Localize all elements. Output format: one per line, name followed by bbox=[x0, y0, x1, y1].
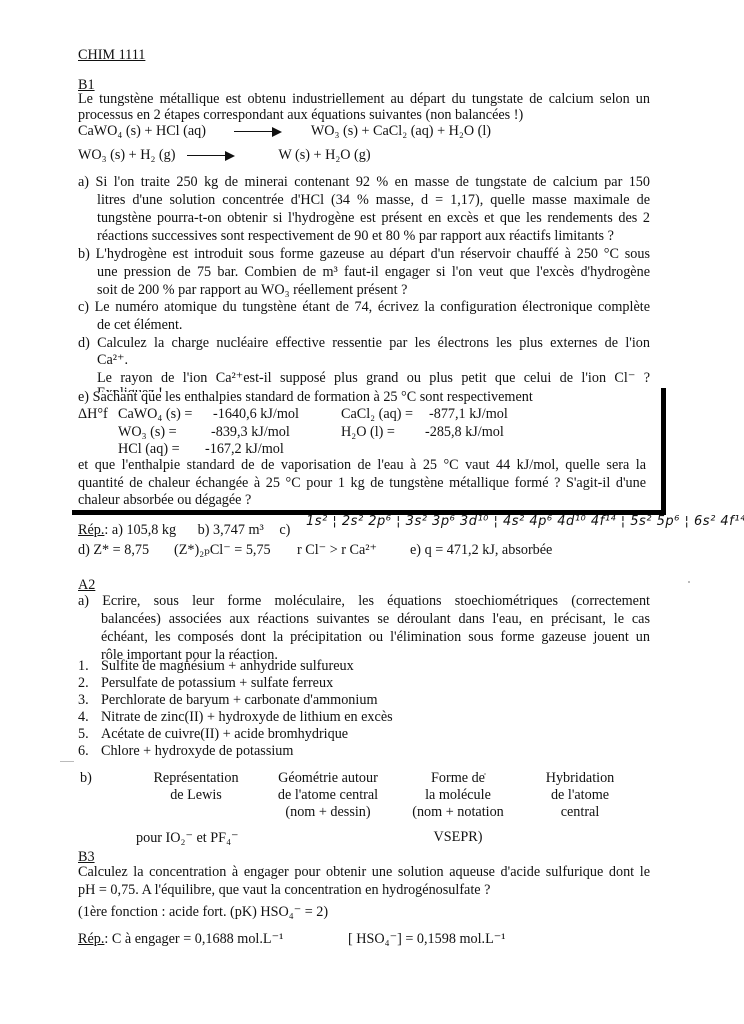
equation-2: WO₃ (s) + H₂ (g) W (s) + H₂O (g) bbox=[78, 146, 371, 164]
question-e-line: quantité de chaleur échangée à 25 °C pou… bbox=[78, 474, 646, 492]
question-d-line: Le rayon de l'ion Ca²⁺est-il supposé plu… bbox=[97, 369, 650, 387]
equation-2-products: W (s) + H₂O (g) bbox=[278, 147, 370, 163]
question-c-line: de cet élément. bbox=[97, 316, 182, 334]
reaction-item: 6.Chlore + hydroxyde de potassium bbox=[78, 742, 293, 760]
column-text: VSEPR) bbox=[400, 829, 516, 846]
box-border-right bbox=[661, 388, 666, 515]
column-text: central bbox=[532, 804, 628, 821]
enthalpy-species: WO₃ (s) = bbox=[118, 423, 177, 441]
enthalpy-symbol: ΔH°f bbox=[78, 405, 108, 423]
answer-d2: (Z*)₂ₚCl⁻ = 5,75 bbox=[174, 541, 271, 559]
reaction-text: Sulfite de magnésium + anhydride sulfure… bbox=[101, 658, 354, 674]
column-text: Géométrie autour bbox=[264, 770, 392, 787]
column-shape: Forme de la molécule (nom + notation VSE… bbox=[400, 770, 516, 846]
b3-text-line: pH = 0,75. A l'équilibre, que vaut la co… bbox=[78, 881, 490, 899]
question-b-line: soit de 200 % par rapport au WO₃ réellem… bbox=[97, 281, 407, 299]
course-code: CHIM 1111 bbox=[78, 46, 145, 64]
column-text: Hybridation bbox=[532, 770, 628, 787]
question-c-line: c) Le numéro atomique du tungstène étant… bbox=[78, 298, 650, 316]
answer-d1: d) Z* = 8,75 bbox=[78, 541, 149, 559]
reaction-text: Nitrate de zinc(II) + hydroxyde de lithi… bbox=[101, 709, 393, 725]
question-a-line: tungstène pourra-t-on obtenir si l'hydro… bbox=[97, 209, 650, 227]
column-text: Représentation bbox=[136, 770, 256, 787]
question-a-line: réactions successives sont respectivemen… bbox=[97, 227, 614, 245]
question-a-line: a) Si l'on traite 250 kg de minerai cont… bbox=[78, 173, 650, 191]
equation-1: CaWO₄ (s) + HCl (aq) WO₃ (s) + CaCl₂ (aq… bbox=[78, 122, 491, 140]
reaction-number: 3. bbox=[78, 691, 101, 709]
answer-label: Rép. bbox=[78, 931, 104, 947]
reaction-text: Chlore + hydroxyde de potassium bbox=[101, 743, 293, 759]
question-b-line: b) L'hydrogène est introduit sous forme … bbox=[78, 245, 650, 263]
column-hybridization: Hybridation de l'atome central bbox=[532, 770, 628, 821]
column-text: de l'atome central bbox=[264, 787, 392, 804]
column-lewis: Représentation de Lewis bbox=[136, 770, 256, 804]
question-e-line: chaleur absorbée ou dégagée ? bbox=[78, 491, 251, 509]
answer-c-label: c) bbox=[279, 522, 290, 538]
enthalpy-value: -1640,6 kJ/mol bbox=[213, 405, 299, 423]
scan-speck bbox=[60, 761, 74, 762]
enthalpy-species: CaWO₄ (s) = bbox=[118, 405, 192, 423]
answers-line-1: Rép.: a) 105,8 kg b) 3,747 m³ c) bbox=[78, 521, 290, 539]
a2-question-a-line: échéant, les composés dont la précipitat… bbox=[101, 628, 650, 646]
reaction-arrow-icon bbox=[187, 151, 235, 161]
column-text: de l'atome bbox=[532, 787, 628, 804]
scan-speck bbox=[484, 773, 486, 775]
enthalpy-species: CaCl₂ (aq) = bbox=[341, 405, 413, 423]
enthalpy-value: -839,3 kJ/mol bbox=[211, 423, 290, 441]
equation-1-products: WO₃ (s) + CaCl₂ (aq) + H₂O (l) bbox=[311, 123, 491, 139]
enthalpy-value: -285,8 kJ/mol bbox=[425, 423, 504, 441]
column-text: de Lewis bbox=[136, 787, 256, 804]
a2-question-b-label: b) bbox=[80, 770, 92, 787]
reaction-number: 6. bbox=[78, 742, 101, 760]
b3-text-line: Calculez la concentration à engager pour… bbox=[78, 863, 650, 881]
b3-hint: (1ère fonction : acide fort. (pK) HSO₄⁻ … bbox=[78, 903, 328, 921]
reaction-text: Persulfate de potassium + sulfate ferreu… bbox=[101, 675, 333, 691]
equation-1-reactants: CaWO₄ (s) + HCl (aq) bbox=[78, 123, 206, 139]
enthalpy-species: H₂O (l) = bbox=[341, 423, 395, 441]
reaction-item: 3.Perchlorate de baryum + carbonate d'am… bbox=[78, 691, 377, 709]
b3-answer: Rép.: C à engager = 0,1688 mol.L⁻¹ bbox=[78, 930, 283, 948]
reaction-number: 5. bbox=[78, 725, 101, 743]
question-d-line: Ca²⁺. bbox=[97, 351, 128, 369]
answer-c-handwritten: 1s² ¦ 2s² 2p⁶ ¦ 3s² 3p⁶ 3d¹⁰ ¦ 4s² 4p⁶ 4… bbox=[306, 513, 744, 531]
enthalpy-value: -877,1 kJ/mol bbox=[429, 405, 508, 423]
question-d-line: d) Calculez la charge nucléaire effectiv… bbox=[78, 334, 650, 352]
question-b-line: une pression de 75 bar. Combien de m³ fa… bbox=[97, 263, 650, 281]
column-text: (nom + notation bbox=[400, 804, 516, 821]
column-text: Forme de bbox=[400, 770, 516, 787]
question-e-intro: e) Sachant que les enthalpies standard d… bbox=[78, 388, 533, 406]
a2-question-a-line: a) Ecrire, sous leur forme moléculaire, … bbox=[78, 592, 650, 610]
answer-e: e) q = 471,2 kJ, absorbée bbox=[410, 541, 552, 559]
answer-label: Rép. bbox=[78, 522, 104, 538]
reaction-number: 1. bbox=[78, 657, 101, 675]
equation-2-reactants: WO₃ (s) + H₂ (g) bbox=[78, 147, 175, 163]
scan-speck bbox=[688, 581, 690, 583]
reaction-number: 4. bbox=[78, 708, 101, 726]
column-text: la molécule bbox=[400, 787, 516, 804]
answer-concentration: : C à engager = 0,1688 mol.L⁻¹ bbox=[104, 931, 283, 947]
question-a-line: litres d'une solution concentrée d'HCl (… bbox=[97, 191, 650, 209]
reaction-text: Perchlorate de baryum + carbonate d'ammo… bbox=[101, 692, 377, 708]
reaction-text: Acétate de cuivre(II) + acide bromhydriq… bbox=[101, 726, 348, 742]
column-geometry: Géométrie autour de l'atome central (nom… bbox=[264, 770, 392, 821]
reaction-arrow-icon bbox=[234, 127, 282, 137]
column-text: (nom + dessin) bbox=[264, 804, 392, 821]
answer-b: b) 3,747 m³ bbox=[198, 522, 264, 538]
a2-question-a-line: balancées) associées aux réactions suiva… bbox=[101, 610, 650, 628]
answer-d3: r Cl⁻ > r Ca²⁺ bbox=[297, 541, 377, 559]
answer-a: : a) 105,8 kg bbox=[104, 522, 176, 538]
reaction-item: 1.Sulfite de magnésium + anhydride sulfu… bbox=[78, 657, 354, 675]
answer-hso4: [ HSO₄⁻] = 0,1598 mol.L⁻¹ bbox=[348, 930, 506, 948]
reaction-item: 4.Nitrate de zinc(II) + hydroxyde de lit… bbox=[78, 708, 393, 726]
reaction-number: 2. bbox=[78, 674, 101, 692]
reaction-item: 2.Persulfate de potassium + sulfate ferr… bbox=[78, 674, 333, 692]
a2-species: pour IO₂⁻ et PF₄⁻ bbox=[136, 829, 239, 847]
question-e-line: et que l'enthalpie standard de de vapori… bbox=[78, 456, 646, 474]
reaction-item: 5.Acétate de cuivre(II) + acide bromhydr… bbox=[78, 725, 348, 743]
